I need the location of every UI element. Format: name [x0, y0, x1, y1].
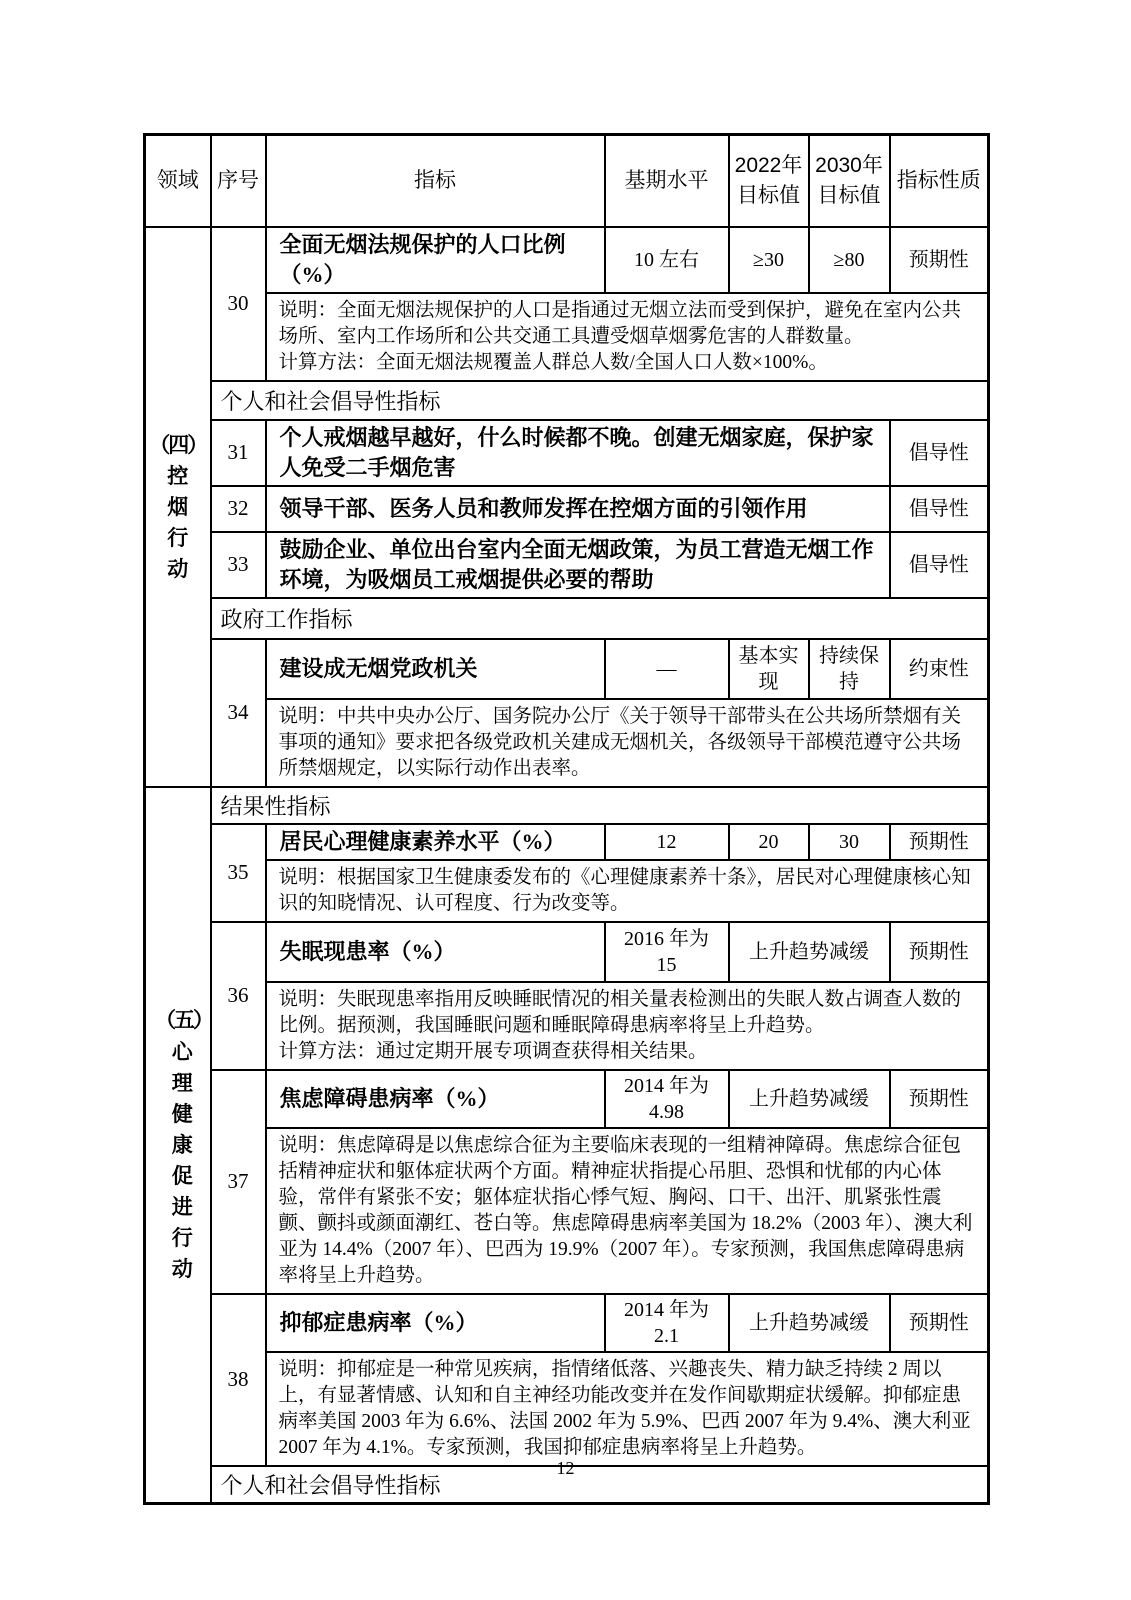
section-title: 政府工作指标	[211, 598, 989, 639]
indicator-cell: 抑郁症患病率（%）	[266, 1294, 605, 1352]
table-row: 说明：焦虑障碍是以焦虑综合征为主要临床表现的一组精神障碍。焦虑综合征包括精神症状…	[145, 1128, 989, 1294]
baseline-cell: 12	[605, 824, 729, 860]
description-cell: 说明：失眠现患率指用反映睡眠情况的相关量表检测出的失眠人数占调查人数的比例。据预…	[266, 982, 989, 1070]
description-cell: 说明：根据国家卫生健康委发布的《心理健康素养十条》，居民对心理健康核心知识的知晓…	[266, 860, 989, 922]
advocacy-text-cell: 个人戒烟越早越好，什么时候都不晚。创建无烟家庭，保护家人免受二手烟危害	[266, 420, 890, 486]
table-row: 说明：失眠现患率指用反映睡眠情况的相关量表检测出的失眠人数占调查人数的比例。据预…	[145, 982, 989, 1070]
baseline-cell: 10 左右	[605, 227, 729, 293]
nature-cell: 倡导性	[890, 486, 989, 532]
table-header-row: 领域 序号 指标 基期水平 2022年目标值 2030年目标值 指标性质	[145, 135, 989, 227]
table-row: 33 鼓励企业、单位出台室内全面无烟政策，为员工营造无烟工作环境，为吸烟员工戒烟…	[145, 532, 989, 598]
serial-cell: 38	[211, 1294, 266, 1466]
target-2022-cell: 基本实现	[729, 639, 809, 699]
table-row: （四） 控烟行动 30 全面无烟法规保护的人口比例（%） 10 左右 ≥30 ≥…	[145, 227, 989, 293]
serial-cell: 37	[211, 1070, 266, 1294]
serial-cell: 31	[211, 420, 266, 486]
section-header-row: 个人和社会倡导性指标	[145, 381, 989, 420]
target-2030-cell: 持续保持	[809, 639, 890, 699]
serial-cell: 32	[211, 486, 266, 532]
domain-label: （五） 心理健康促进行动	[155, 1005, 210, 1285]
serial-cell: 30	[211, 227, 266, 381]
table-row: 35 居民心理健康素养水平（%） 12 20 30 预期性	[145, 824, 989, 860]
table-row: 34 建设成无烟党政机关 — 基本实现 持续保持 约束性	[145, 639, 989, 699]
serial-cell: 36	[211, 922, 266, 1070]
table-row: 32 领导干部、医务人员和教师发挥在控烟方面的引领作用 倡导性	[145, 486, 989, 532]
indicator-table: 领域 序号 指标 基期水平 2022年目标值 2030年目标值 指标性质 （四）…	[143, 133, 990, 1505]
nature-cell: 预期性	[890, 1294, 989, 1352]
indicator-cell: 全面无烟法规保护的人口比例（%）	[266, 227, 605, 293]
target-2030-cell: 30	[809, 824, 890, 860]
baseline-cell: 2014 年为 2.1	[605, 1294, 729, 1352]
header-serial: 序号	[211, 135, 266, 227]
header-domain: 领域	[145, 135, 211, 227]
nature-cell: 预期性	[890, 824, 989, 860]
indicator-cell: 焦虑障碍患病率（%）	[266, 1070, 605, 1128]
table-row: 说明：根据国家卫生健康委发布的《心理健康素养十条》，居民对心理健康核心知识的知晓…	[145, 860, 989, 922]
section-title: 个人和社会倡导性指标	[211, 381, 989, 420]
table-row: 说明：全面无烟法规保护的人口是指通过无烟立法而受到保护，避免在室内公共场所、室内…	[145, 293, 989, 381]
indicator-cell: 居民心理健康素养水平（%）	[266, 824, 605, 860]
trend-cell: 上升趋势减缓	[729, 1070, 890, 1128]
domain-cell-tobacco-control: （四） 控烟行动	[145, 227, 211, 787]
table-row: 36 失眠现患率（%） 2016 年为 15 上升趋势减缓 预期性	[145, 922, 989, 982]
header-indicator: 指标	[266, 135, 605, 227]
serial-cell: 33	[211, 532, 266, 598]
nature-cell: 预期性	[890, 1070, 989, 1128]
table-row: 说明：抑郁症是一种常见疾病，指情绪低落、兴趣丧失、精力缺乏持续 2 周以上，有显…	[145, 1352, 989, 1466]
table-row: 37 焦虑障碍患病率（%） 2014 年为 4.98 上升趋势减缓 预期性	[145, 1070, 989, 1128]
domain-prefix: （五）	[155, 1005, 210, 1037]
advocacy-text-cell: 鼓励企业、单位出台室内全面无烟政策，为员工营造无烟工作环境，为吸烟员工戒烟提供必…	[266, 532, 890, 598]
table-row: 说明：中共中央办公厅、国务院办公厅《关于领导干部带头在公共场所禁烟有关事项的通知…	[145, 699, 989, 787]
header-target-2030: 2030年目标值	[809, 135, 890, 227]
target-2022-cell: 20	[729, 824, 809, 860]
header-target-2022: 2022年目标值	[729, 135, 809, 227]
indicator-cell: 失眠现患率（%）	[266, 922, 605, 982]
nature-cell: 倡导性	[890, 420, 989, 486]
header-baseline: 基期水平	[605, 135, 729, 227]
section-header-row: （五） 心理健康促进行动 结果性指标	[145, 787, 989, 824]
advocacy-text-cell: 领导干部、医务人员和教师发挥在控烟方面的引领作用	[266, 486, 890, 532]
nature-cell: 预期性	[890, 227, 989, 293]
description-cell: 说明：中共中央办公厅、国务院办公厅《关于领导干部带头在公共场所禁烟有关事项的通知…	[266, 699, 989, 787]
baseline-cell: 2014 年为 4.98	[605, 1070, 729, 1128]
description-cell: 说明：焦虑障碍是以焦虑综合征为主要临床表现的一组精神障碍。焦虑综合征包括精神症状…	[266, 1128, 989, 1294]
target-2030-cell: ≥80	[809, 227, 890, 293]
nature-cell: 约束性	[890, 639, 989, 699]
description-cell: 说明：全面无烟法规保护的人口是指通过无烟立法而受到保护，避免在室内公共场所、室内…	[266, 293, 989, 381]
document-page: 领域 序号 指标 基期水平 2022年目标值 2030年目标值 指标性质 （四）…	[0, 0, 1131, 1600]
serial-cell: 34	[211, 639, 266, 787]
target-2022-cell: ≥30	[729, 227, 809, 293]
domain-cell-mental-health: （五） 心理健康促进行动	[145, 787, 211, 1504]
nature-cell: 预期性	[890, 922, 989, 982]
domain-prefix: （四）	[146, 429, 210, 461]
domain-name: 控烟行动	[166, 461, 189, 585]
section-title: 结果性指标	[211, 787, 989, 824]
description-cell: 说明：抑郁症是一种常见疾病，指情绪低落、兴趣丧失、精力缺乏持续 2 周以上，有显…	[266, 1352, 989, 1466]
baseline-cell: 2016 年为 15	[605, 922, 729, 982]
domain-name: 心理健康促进行动	[171, 1037, 194, 1285]
section-header-row: 政府工作指标	[145, 598, 989, 639]
nature-cell: 倡导性	[890, 532, 989, 598]
domain-label: （四） 控烟行动	[146, 429, 210, 585]
header-nature: 指标性质	[890, 135, 989, 227]
baseline-cell: —	[605, 639, 729, 699]
page-number: 12	[0, 1458, 1131, 1479]
table-row: 31 个人戒烟越早越好，什么时候都不晚。创建无烟家庭，保护家人免受二手烟危害 倡…	[145, 420, 989, 486]
table-row: 38 抑郁症患病率（%） 2014 年为 2.1 上升趋势减缓 预期性	[145, 1294, 989, 1352]
serial-cell: 35	[211, 824, 266, 922]
trend-cell: 上升趋势减缓	[729, 922, 890, 982]
trend-cell: 上升趋势减缓	[729, 1294, 890, 1352]
indicator-cell: 建设成无烟党政机关	[266, 639, 605, 699]
